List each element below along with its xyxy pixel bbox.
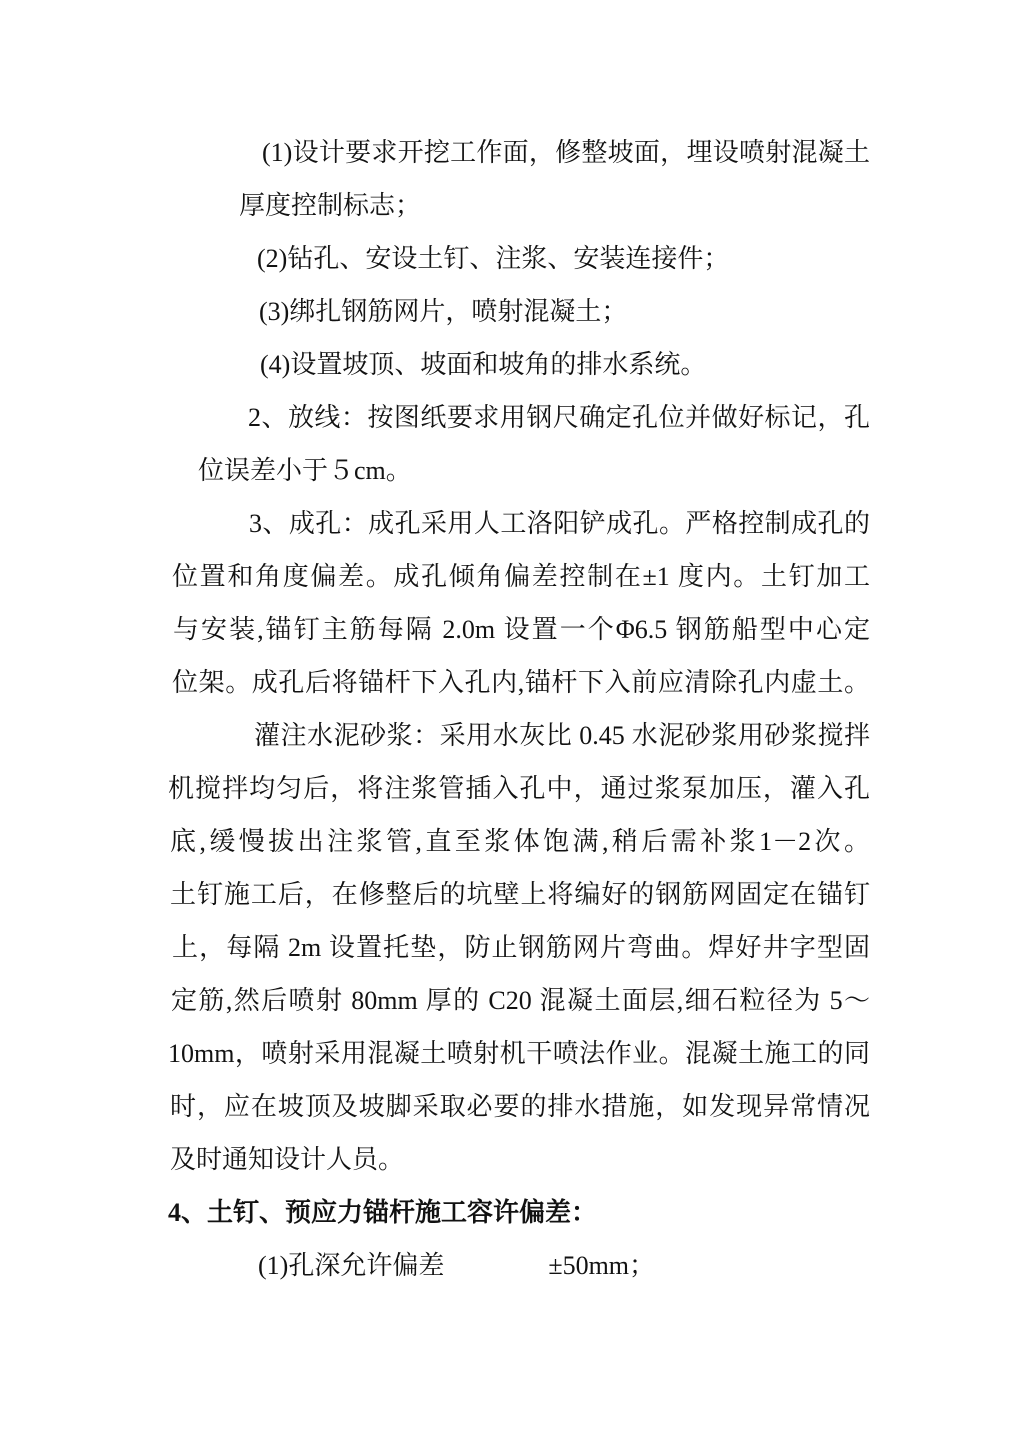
document-line: 土钉施工后，在修整后的坑壁上将编好的钢筋网固定在锚钉 (170, 868, 870, 921)
document-line: (3)绑扎钢筋网片，喷射混凝土； (259, 285, 870, 338)
document-line: 10mm，喷射采用混凝土喷射机干喷法作业。混凝土施工的同 (168, 1027, 870, 1080)
document-line: 与安装,锚钉主筋每隔 2.0m 设置一个Φ6.5 钢筋船型中心定 (173, 603, 870, 656)
document-line: (2)钻孔、安设土钉、注浆、安装连接件； (257, 232, 870, 285)
document-line: (4)设置坡顶、坡面和坡角的排水系统。 (260, 338, 870, 391)
document-heading-tolerances: 4、土钉、预应力锚杆施工容许偏差： (168, 1186, 870, 1239)
document-line: 底,缓慢拔出注浆管,直至浆体饱满,稍后需补浆1－2次。 (170, 815, 870, 868)
document-line: 时，应在坡顶及坡脚采取必要的排水措施，如发现异常情况 (170, 1080, 870, 1133)
document-text-block: (1)设计要求开挖工作面，修整坡面，埋设喷射混凝土 厚度控制标志； (2)钻孔、… (166, 126, 870, 1292)
document-line: 位架。成孔后将锚杆下入孔内,锚杆下入前应清除孔内虚土。 (172, 656, 870, 709)
document-line: (1)孔深允许偏差 ±50mm； (258, 1239, 870, 1292)
document-page: (1)设计要求开挖工作面，修整坡面，埋设喷射混凝土 厚度控制标志； (2)钻孔、… (0, 0, 1012, 1431)
document-line: 位误差小于５cm。 (198, 444, 870, 497)
document-line: 2、放线：按图纸要求用钢尺确定孔位并做好标记，孔 (248, 391, 870, 444)
document-line: 定筋,然后喷射 80mm 厚的 C20 混凝土面层,细石粒径为 5～ (171, 974, 870, 1027)
document-line: 厚度控制标志； (239, 179, 870, 232)
document-line: 及时通知设计人员。 (170, 1133, 870, 1186)
document-line: (1)设计要求开挖工作面，修整坡面，埋设喷射混凝土 (262, 126, 870, 179)
document-line: 上，每隔 2m 设置托垫，防止钢筋网片弯曲。焊好井字型固 (172, 921, 870, 974)
document-line: 灌注水泥砂浆：采用水灰比 0.45 水泥砂浆用砂浆搅拌 (254, 709, 870, 762)
document-line: 3、成孔：成孔采用人工洛阳铲成孔。严格控制成孔的 (249, 497, 870, 550)
document-line: 位置和角度偏差。成孔倾角偏差控制在±1 度内。土钉加工 (172, 550, 870, 603)
document-line: 机搅拌均匀后，将注浆管插入孔中，通过浆泵加压，灌入孔 (168, 762, 870, 815)
